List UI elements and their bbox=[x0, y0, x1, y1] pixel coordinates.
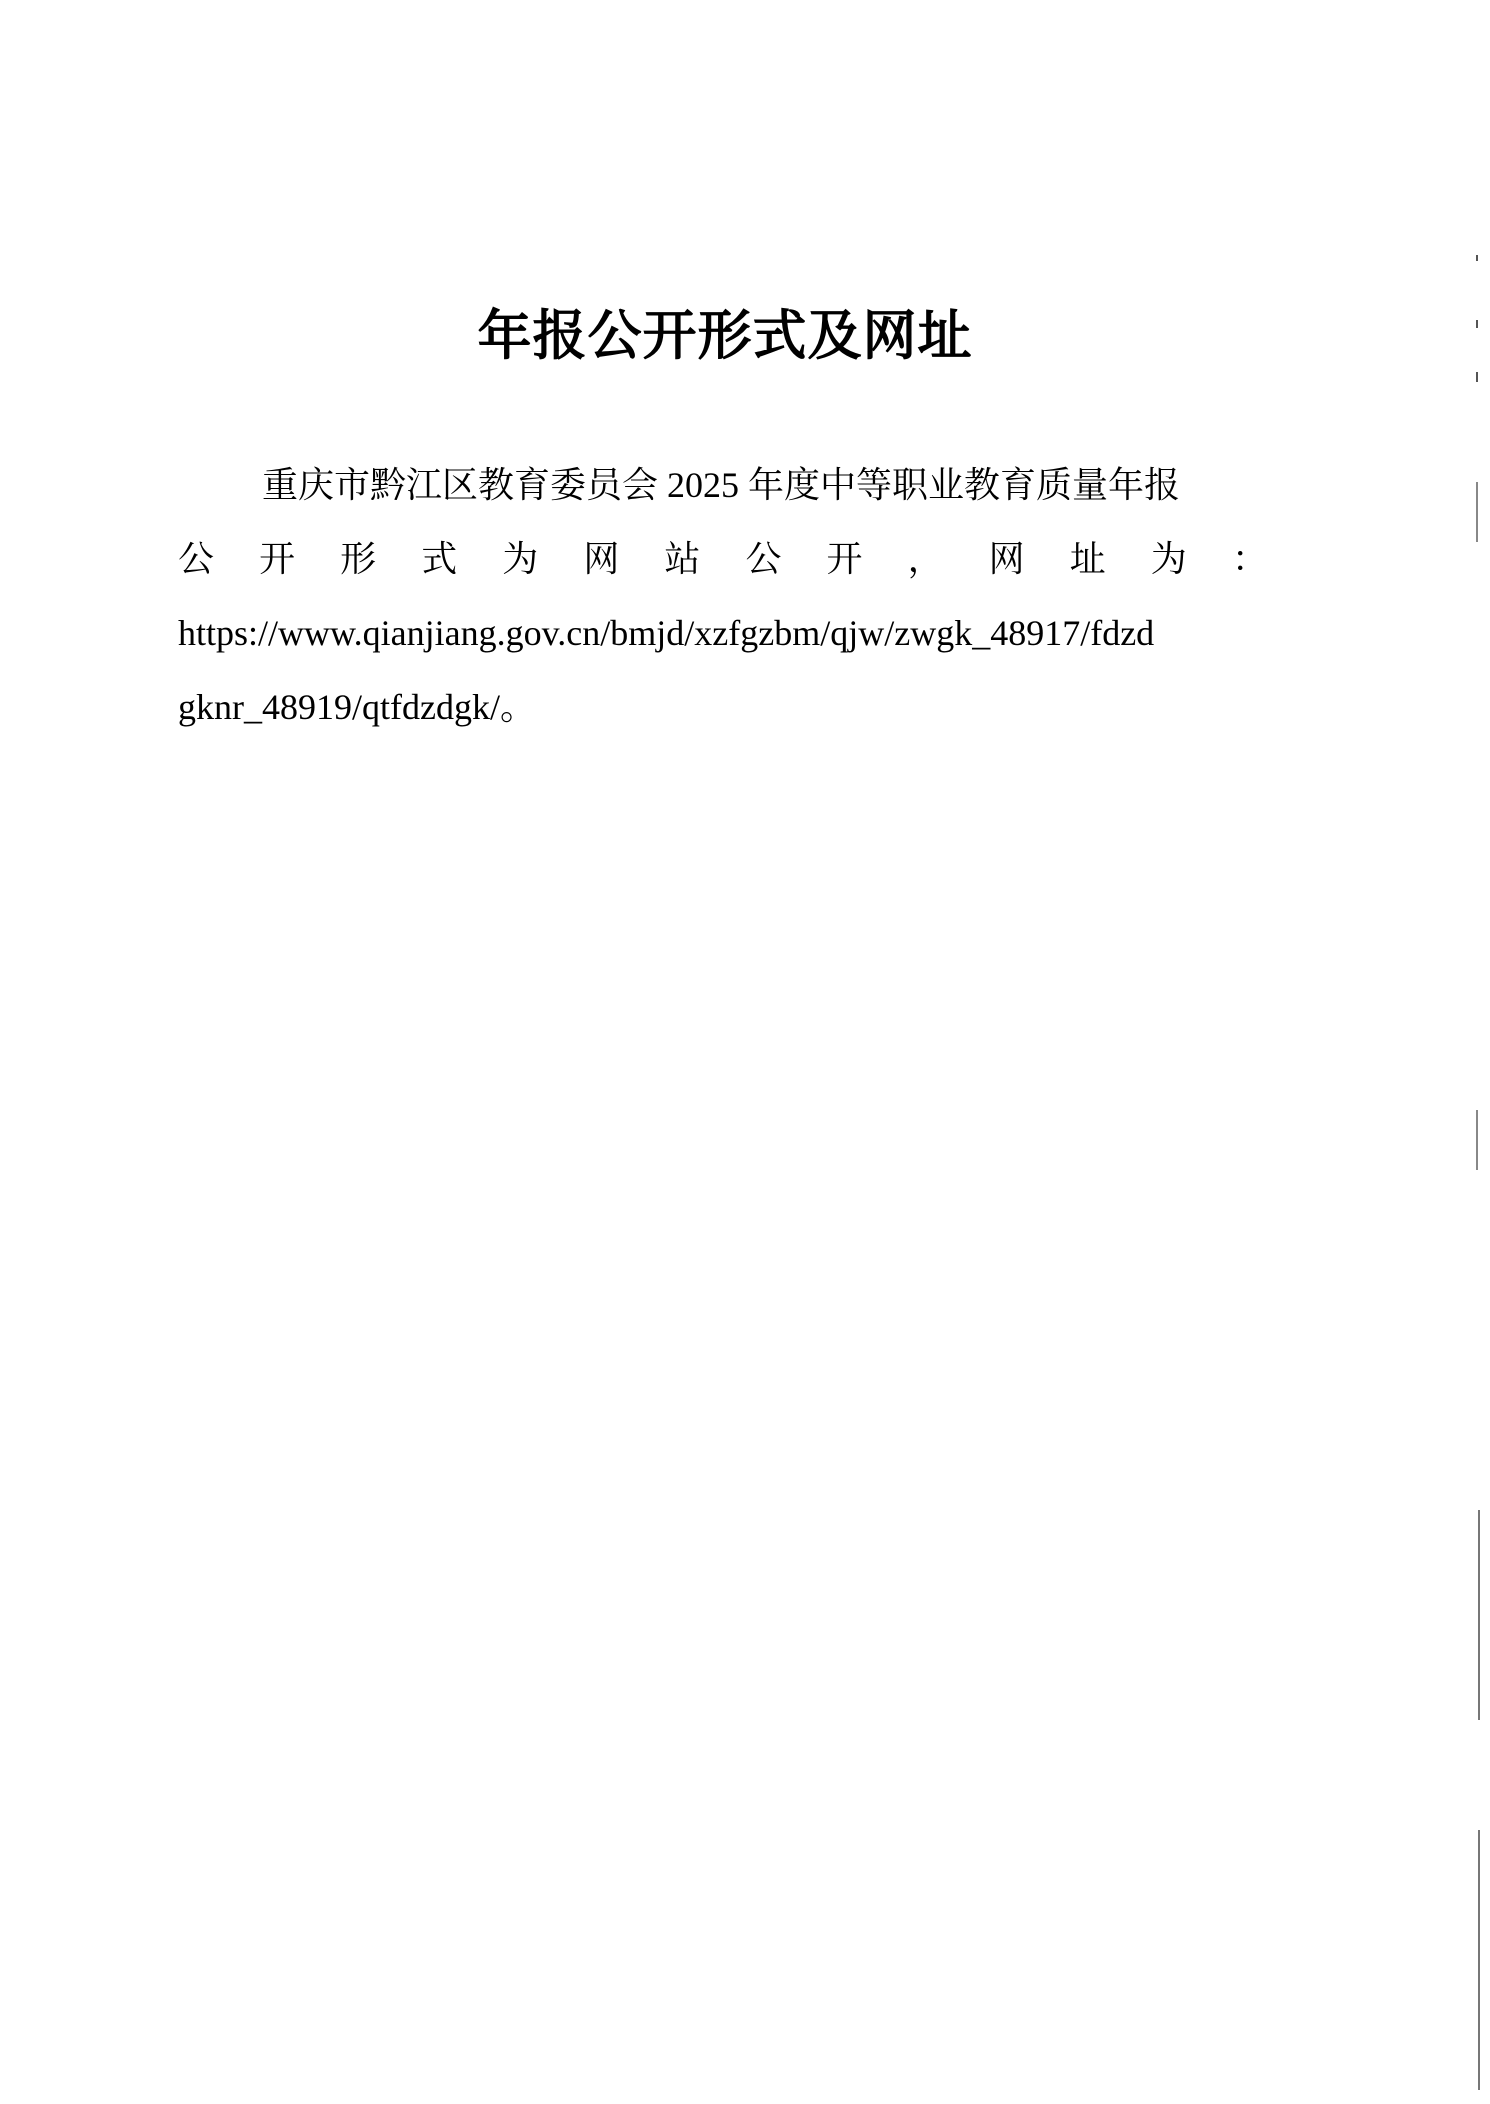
paragraph-line-1: 重庆市黔江区教育委员会 2025 年度中等职业教育质量年报 bbox=[178, 448, 1276, 522]
scan-artifact bbox=[1478, 1510, 1480, 1720]
char: 站 bbox=[664, 522, 700, 596]
scan-artifact bbox=[1478, 1830, 1480, 2090]
char: 开 bbox=[827, 522, 863, 596]
body-paragraph: 重庆市黔江区教育委员会 2025 年度中等职业教育质量年报 公 开 形 式 为 … bbox=[178, 448, 1276, 744]
char: 为 bbox=[502, 522, 538, 596]
char: 为 bbox=[1151, 522, 1187, 596]
scan-artifact bbox=[1476, 372, 1478, 382]
scan-artifact bbox=[1476, 255, 1478, 261]
char: 式 bbox=[421, 522, 457, 596]
char: ： bbox=[1232, 522, 1268, 596]
char: 公 bbox=[178, 522, 214, 596]
url-line-2: gknr_48919/qtfdzdgk/。 bbox=[178, 670, 1276, 744]
scan-artifact bbox=[1476, 1110, 1478, 1170]
char: 形 bbox=[340, 522, 376, 596]
char: 网 bbox=[989, 522, 1025, 596]
char: 网 bbox=[583, 522, 619, 596]
paragraph-line-2: 公 开 形 式 为 网 站 公 开 ， 网 址 为 ： bbox=[178, 522, 1268, 596]
char: ， bbox=[908, 522, 944, 596]
char: 公 bbox=[745, 522, 781, 596]
url-line-1: https://www.qianjiang.gov.cn/bmjd/xzfgzb… bbox=[178, 596, 1276, 670]
document-page: 年报公开形式及网址 重庆市黔江区教育委员会 2025 年度中等职业教育质量年报 … bbox=[0, 0, 1490, 2104]
scan-artifact bbox=[1476, 482, 1478, 542]
char: 址 bbox=[1070, 522, 1106, 596]
char: 开 bbox=[259, 522, 295, 596]
scan-artifact bbox=[1476, 320, 1478, 328]
page-title: 年报公开形式及网址 bbox=[0, 300, 1450, 372]
